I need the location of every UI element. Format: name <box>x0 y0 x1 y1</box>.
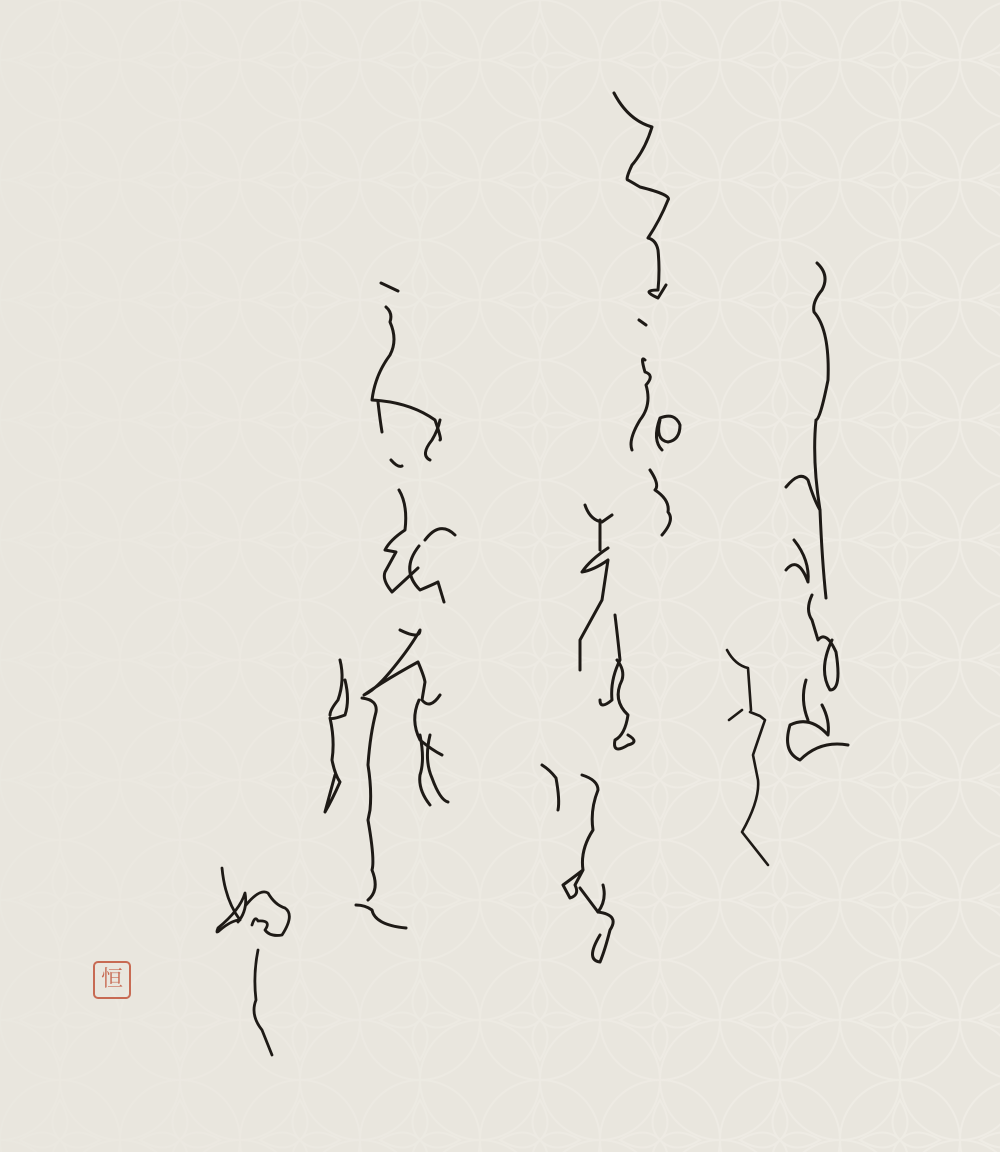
ink-strokes <box>0 0 1000 1152</box>
column-2-strokes <box>727 650 768 865</box>
signature-strokes <box>217 868 289 1055</box>
column-3-strokes <box>542 93 680 962</box>
column-1-strokes <box>786 263 848 760</box>
seal-character: 恒 <box>95 963 129 997</box>
calligraphy-artwork: 恒 Japanese kana calligraphy on decorated… <box>0 0 1000 1152</box>
column-4-strokes <box>364 283 455 802</box>
column-5-strokes <box>325 660 430 928</box>
red-seal-stamp: 恒 <box>93 961 131 999</box>
